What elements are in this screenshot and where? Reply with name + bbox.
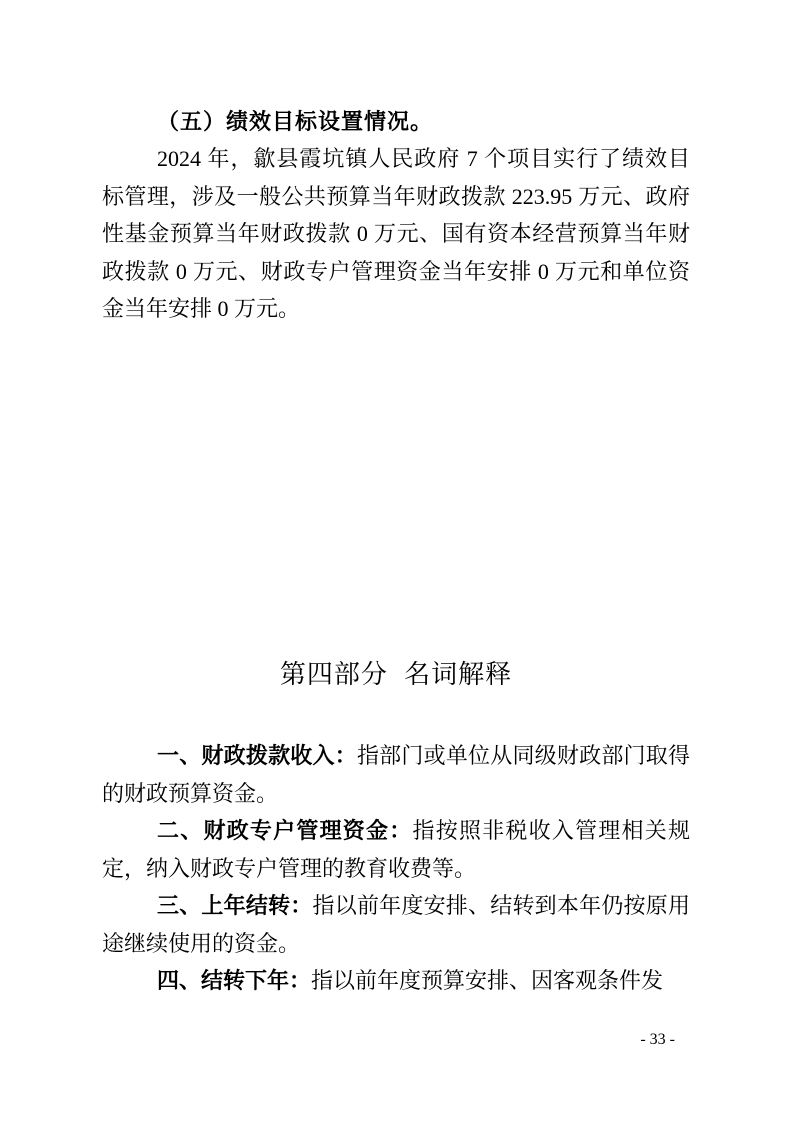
- definitions-list: 一、财政拨款收入：指部门或单位从同级财政部门取得的财政预算资金。 二、财政专户管…: [102, 737, 690, 1000]
- definition-paragraph-4: 四、结转下年：指以前年度预算安排、因客观条件发: [102, 962, 690, 1000]
- definition-term-2: 二、财政专户管理资金：: [157, 818, 413, 843]
- definition-paragraph-2: 二、财政专户管理资金：指按照非税收入管理相关规定，纳入财政专户管理的教育收费等。: [102, 812, 690, 887]
- definition-term-3: 三、上年结转：: [157, 893, 313, 918]
- definition-paragraph-1: 一、财政拨款收入：指部门或单位从同级财政部门取得的财政预算资金。: [102, 737, 690, 812]
- section-5-heading: （五）绩效目标设置情况。: [102, 103, 690, 141]
- page-number: - 33 -: [640, 1030, 675, 1050]
- definition-text-4: 指以前年度预算安排、因客观条件发: [311, 968, 663, 993]
- document-page: （五）绩效目标设置情况。 2024 年，歙县霞坑镇人民政府 7 个项目实行了绩效…: [0, 0, 793, 1122]
- part-4-title: 第四部分 名词解释: [102, 654, 690, 694]
- definition-term-1: 一、财政拨款收入：: [157, 743, 357, 768]
- definition-paragraph-3: 三、上年结转：指以前年度安排、结转到本年仍按原用途继续使用的资金。: [102, 887, 690, 962]
- section-5-paragraph: 2024 年，歙县霞坑镇人民政府 7 个项目实行了绩效目标管理，涉及一般公共预算…: [102, 140, 690, 328]
- definition-term-4: 四、结转下年：: [157, 968, 311, 993]
